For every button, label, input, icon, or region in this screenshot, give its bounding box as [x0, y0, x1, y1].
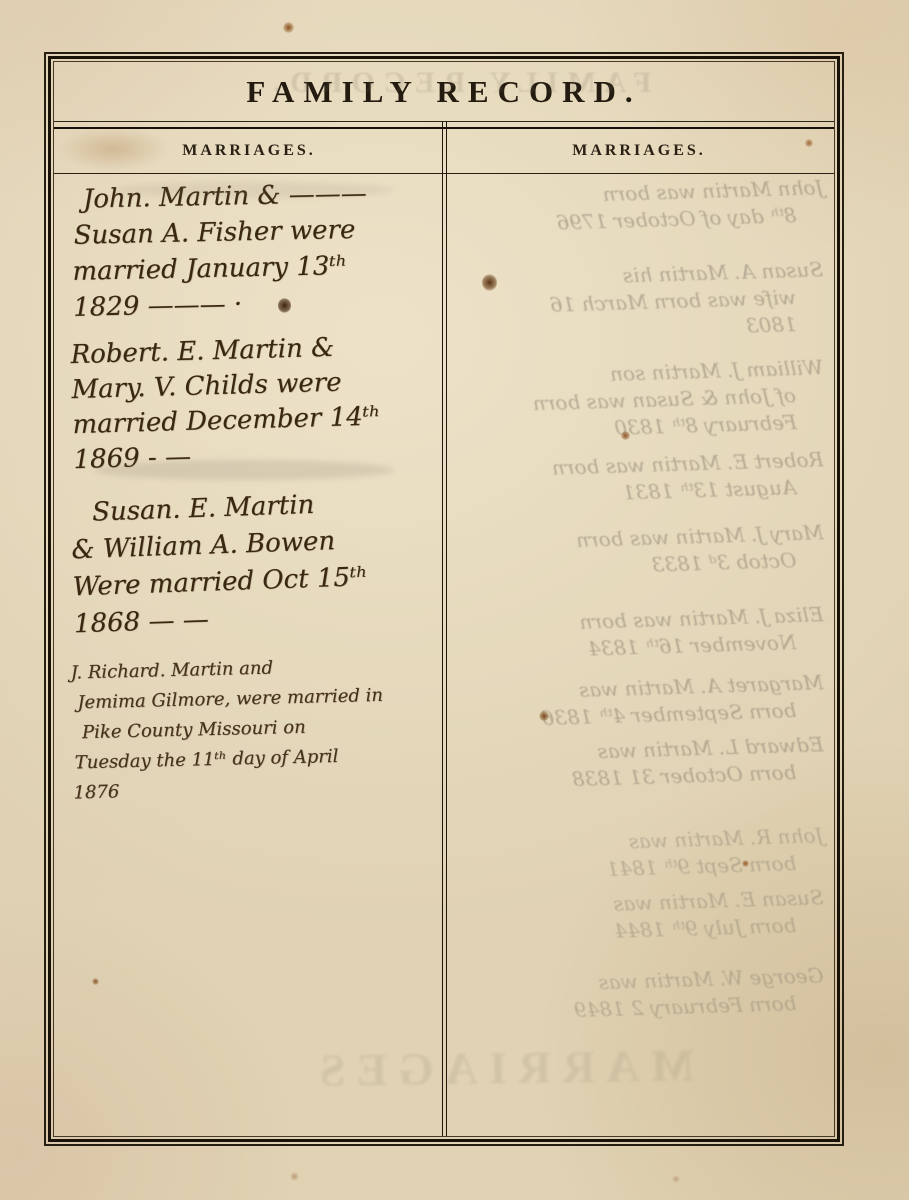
bleedthrough-large-heading: MARRIAGES — [194, 1039, 695, 1099]
page-border-frame-middle: FAMILY RECORD. FAMILY RECORD. MARRIAGES.… — [48, 56, 840, 1142]
bleedthrough-birth-entry: Robert E. Martin was born August 13ᵗʰ 18… — [451, 446, 825, 512]
marriage-entry-robert-martin: Robert. E. Martin & Mary. V. Childs were… — [70, 328, 440, 478]
paper-stain — [742, 860, 749, 867]
bleedthrough-smudge — [94, 460, 394, 480]
paper-stain — [672, 1175, 680, 1183]
page-border-frame: FAMILY RECORD. FAMILY RECORD. MARRIAGES.… — [44, 52, 844, 1146]
bleedthrough-smudge — [114, 182, 394, 198]
bleedthrough-birth-entry: William J. Martin son of John & Susan wa… — [451, 354, 825, 447]
marriage-entry-richard-martin: J. Richard. Martin and Jemima Gilmore, w… — [70, 650, 440, 809]
paper-stain — [290, 1172, 299, 1181]
bleedthrough-birth-entry: Margaret A. Martin was born September 4ᵗ… — [451, 669, 825, 735]
paper-stain — [283, 22, 294, 33]
marriage-entry-susan-martin: Susan. E. Martin & William A. Bowen Were… — [70, 483, 441, 644]
paper-stain — [621, 431, 630, 440]
center-column-divider — [442, 121, 447, 1136]
paper-stain — [482, 274, 497, 291]
bleedthrough-birth-entry: Susan A. Martin his wife was born March … — [451, 256, 825, 349]
paper-stain — [805, 139, 813, 147]
page-content-area: FAMILY RECORD. FAMILY RECORD. MARRIAGES.… — [53, 61, 835, 1137]
paper-stain — [92, 978, 99, 985]
bleedthrough-birth-entry: John Martin was born 8ᵗʰ day of October … — [451, 174, 825, 240]
bleedthrough-birth-entry: Edward L. Martin was born October 31 183… — [451, 731, 825, 797]
bleedthrough-birth-entry: Susan E. Martin was born July 9ᵗʰ 1844 — [451, 884, 825, 950]
right-column-header: MARRIAGES. — [444, 128, 834, 173]
ink-blot — [278, 298, 291, 313]
paper-stain — [58, 128, 168, 170]
bleedthrough-birth-entry: George W. Martin was born February 2 184… — [451, 962, 825, 1028]
bleedthrough-birth-entry: John R. Martin was born Sept 9ᵗʰ 1841 — [451, 822, 825, 888]
bleedthrough-birth-entry: Mary J. Martin was born Octob 3ᵈ 1833 — [451, 519, 825, 585]
handwritten-line: 1829 ——— · — [73, 282, 440, 326]
title-bleedthrough-text: FAMILY RECORD. — [68, 66, 835, 100]
scanned-family-record-page: FAMILY RECORD. FAMILY RECORD. MARRIAGES.… — [0, 0, 909, 1200]
title-band: FAMILY RECORD. FAMILY RECORD. — [54, 62, 834, 121]
paper-stain — [539, 711, 549, 721]
bleedthrough-birth-entry: Eliza J. Martin was born November 16ᵗʰ 1… — [451, 601, 825, 667]
